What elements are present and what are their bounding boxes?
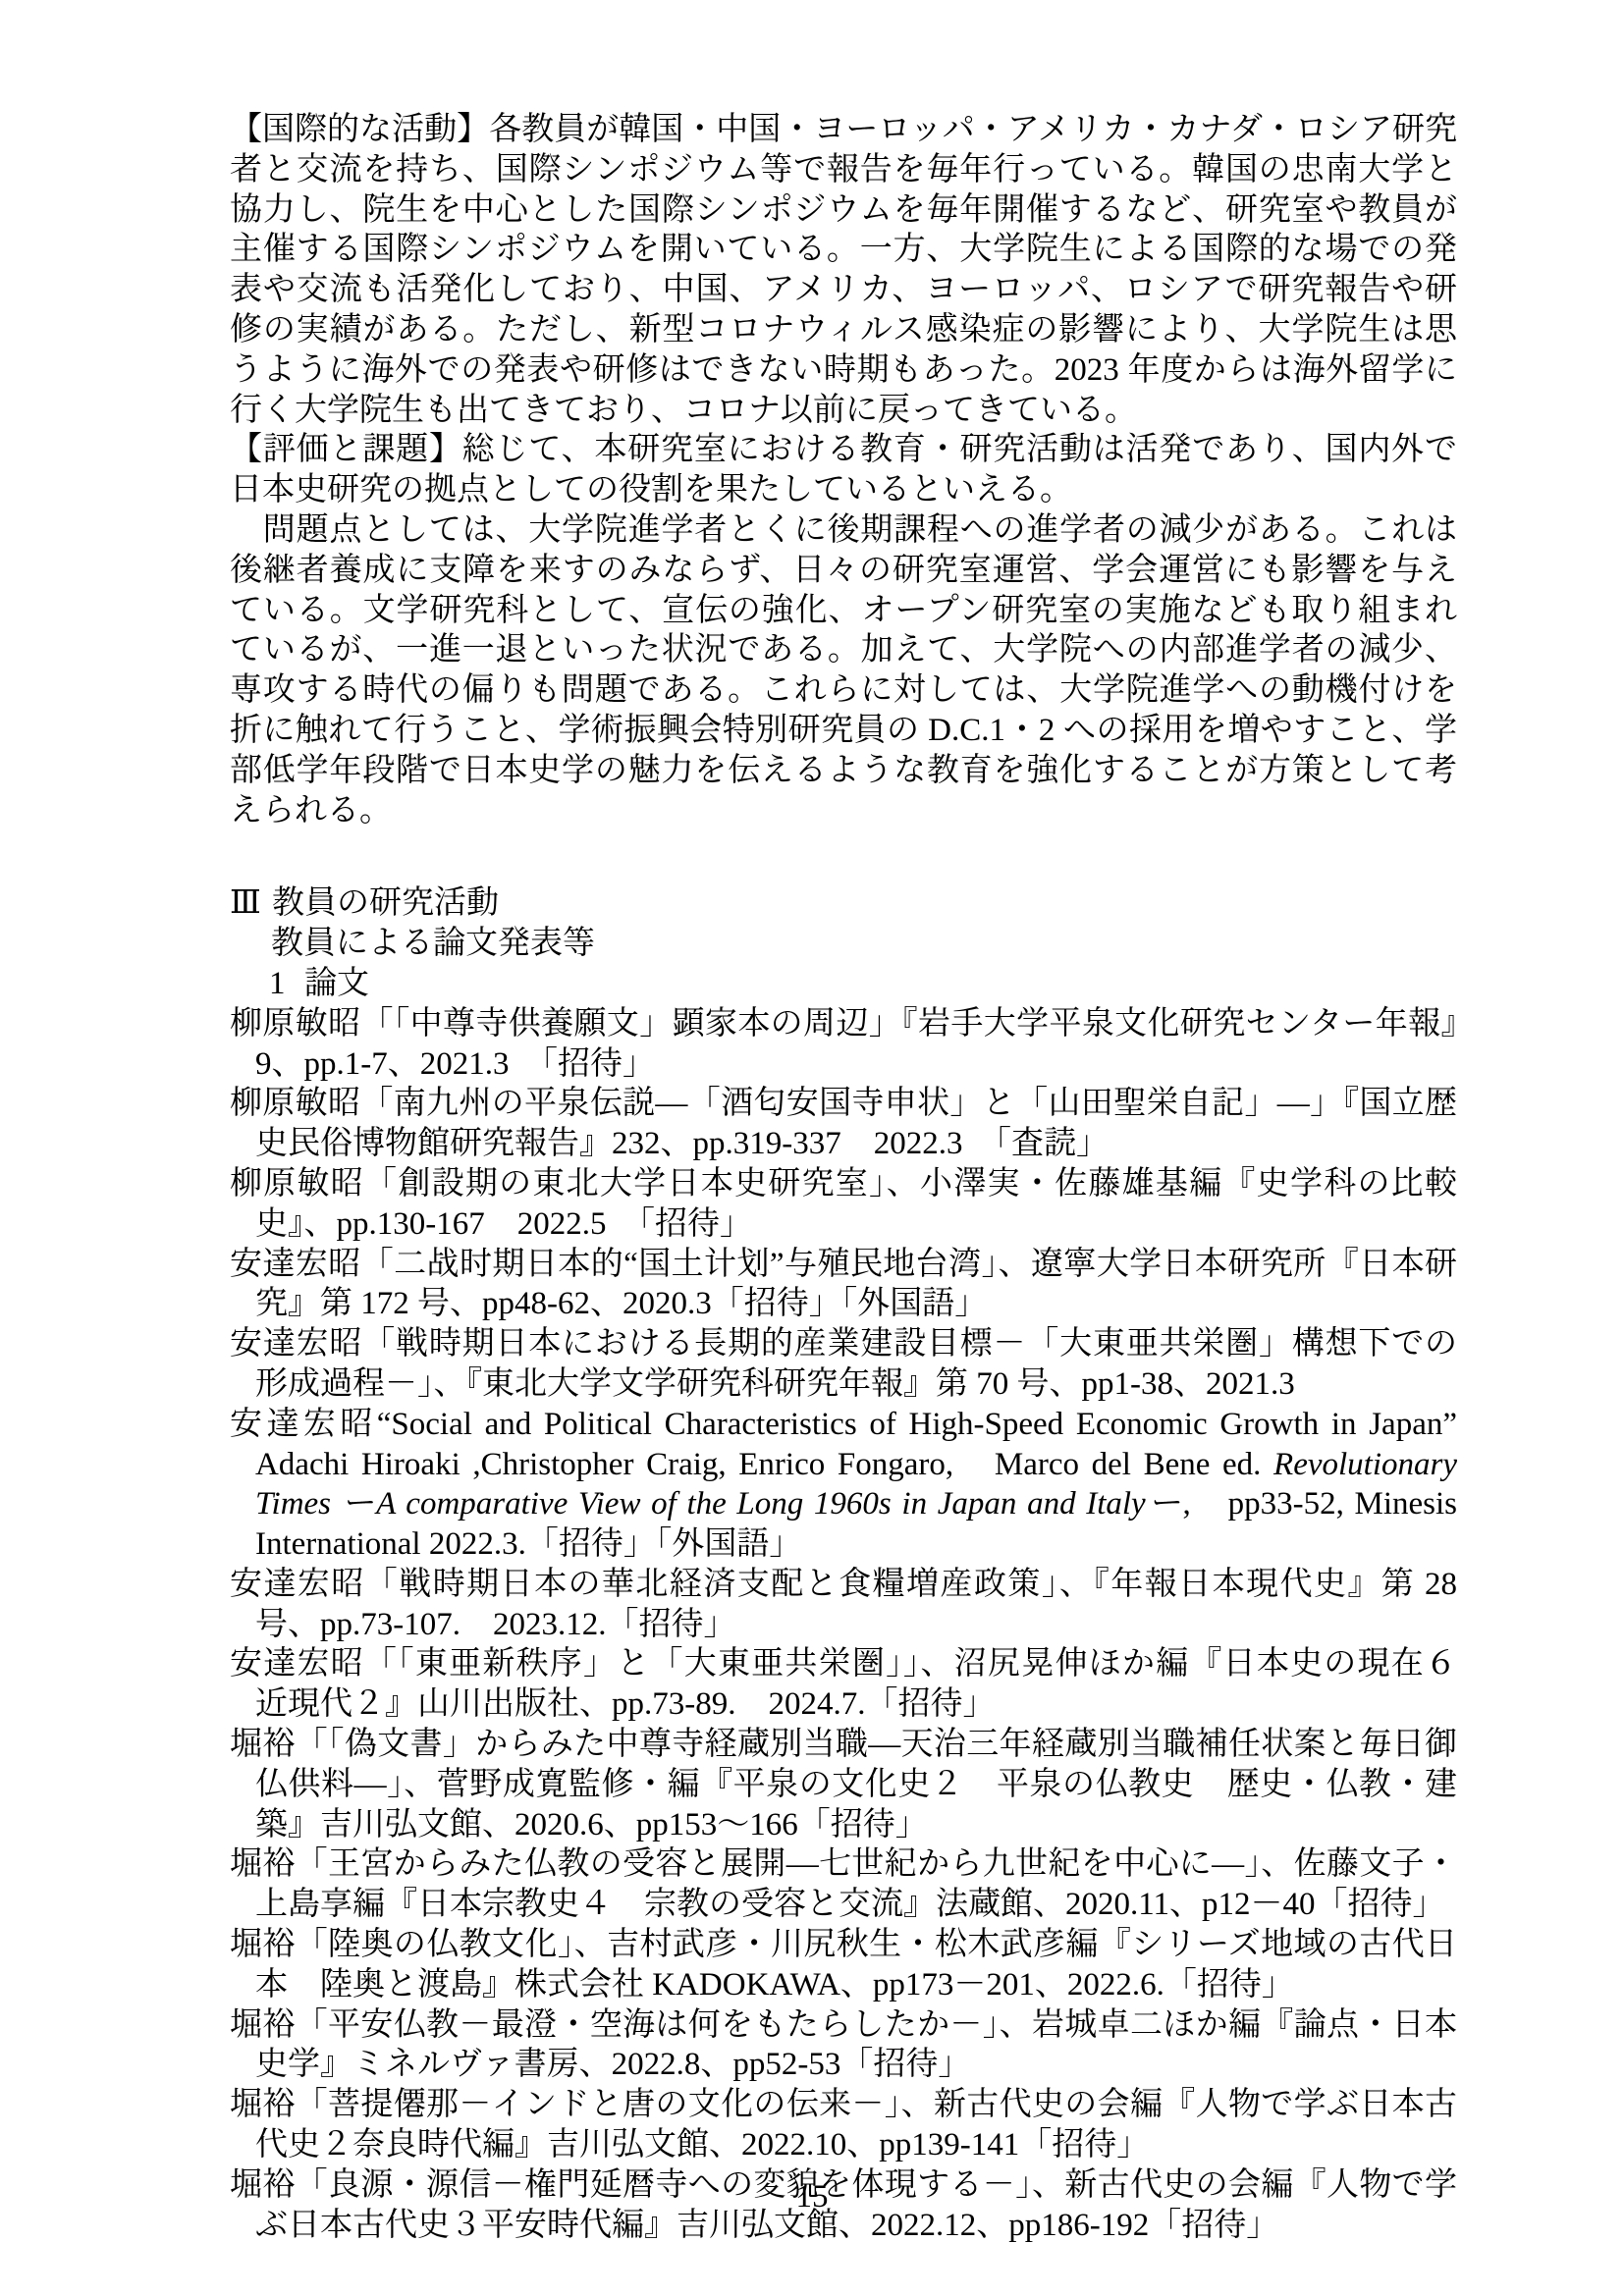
publication-text: 安達宏昭「戦時期日本における長期的産業建設目標－「大東亜共栄圏」構想下での形成過… <box>230 1326 1457 1402</box>
publication-entry: 柳原敏昭「南九州の平泉伝説—「酒匂安国寺申状」と「山田聖栄自記」—」『国立歴史民… <box>230 1084 1457 1164</box>
publication-text: 安達宏昭「二战时期日本的“国土计划”与殖民地台湾」、遼寧大学日本研究所『日本研究… <box>230 1247 1457 1322</box>
section-title-line: Ⅲ教員の研究活動 <box>230 883 1457 924</box>
publication-entry: 堀裕「陸奥の仏教文化」、吉村武彦・川尻秋生・松木武彦編『シリーズ地域の古代日本 … <box>230 1925 1457 2005</box>
publication-text: 安達宏昭「戦時期日本の華北経済支配と食糧増産政策」、『年報日本現代史』第 28 … <box>230 1567 1457 1642</box>
publication-text: 堀裕「平安仏教－最澄・空海は何をもたらしたか－」、岩城卓二ほか編『論点・日本史学… <box>230 2007 1457 2083</box>
section-numeral: Ⅲ <box>230 883 272 924</box>
publication-entry: 安達宏昭「戦時期日本における長期的産業建設目標－「大東亜共栄圏」構想下での形成過… <box>230 1324 1457 1405</box>
publication-entry: 安達宏昭“Social and Political Characteristic… <box>230 1405 1457 1565</box>
list-number: 1 <box>269 964 304 1004</box>
section-subtitle: 教員による論文発表等 <box>230 924 1457 964</box>
publication-text: 柳原敏昭「創設期の東北大学日本史研究室」、小澤実・佐藤雄基編『史学科の比較史』、… <box>230 1166 1457 1242</box>
publication-text: 柳原敏昭「南九州の平泉伝説—「酒匂安国寺申状」と「山田聖栄自記」—」『国立歴史民… <box>230 1086 1457 1161</box>
publication-entry: 柳原敏昭「創設期の東北大学日本史研究室」、小澤実・佐藤雄基編『史学科の比較史』、… <box>230 1164 1457 1245</box>
publication-text: 堀裕「陸奥の仏教文化」、吉村武彦・川尻秋生・松木武彦編『シリーズ地域の古代日本 … <box>230 1927 1457 2002</box>
publication-entry: 安達宏昭「「東亜新秩序」と「大東亜共栄圏」」、沼尻晃伸ほか編『日本史の現在６ 近… <box>230 1644 1457 1725</box>
publication-text: 柳原敏昭「「中尊寺供養願文」顕家本の周辺」『岩手大学平泉文化研究センター年報』9… <box>230 1006 1457 1082</box>
publication-entry: 堀裕「平安仏教－最澄・空海は何をもたらしたか－」、岩城卓二ほか編『論点・日本史学… <box>230 2005 1457 2086</box>
list-label: 論文 <box>304 966 369 1001</box>
document-page: 【国際的な活動】各教員が韓国・中国・ヨーロッパ・アメリカ・カナダ・ロシア研究者と… <box>0 0 1624 2296</box>
section-title: 教員の研究活動 <box>272 885 499 921</box>
publication-list: 柳原敏昭「「中尊寺供養願文」顕家本の周辺」『岩手大学平泉文化研究センター年報』9… <box>230 1004 1457 2246</box>
summary-paragraphs: 【国際的な活動】各教員が韓国・中国・ヨーロッパ・アメリカ・カナダ・ロシア研究者と… <box>230 110 1457 830</box>
publication-text: 堀裕「菩提僊那－インドと唐の文化の伝来－」、新古代史の会編『人物で学ぶ日本古代史… <box>230 2087 1457 2163</box>
paragraph: 【国際的な活動】各教員が韓国・中国・ヨーロッパ・アメリカ・カナダ・ロシア研究者と… <box>230 110 1457 430</box>
publication-entry: 堀裕「菩提僊那－インドと唐の文化の伝来－」、新古代史の会編『人物で学ぶ日本古代史… <box>230 2085 1457 2165</box>
publication-text: 安達宏昭「「東亜新秩序」と「大東亜共栄圏」」、沼尻晃伸ほか編『日本史の現在６ 近… <box>230 1646 1489 1722</box>
publication-text: 堀裕「「偽文書」からみた中尊寺経蔵別当職—天治三年経蔵別当職補任状案と毎日御仏供… <box>230 1727 1457 1842</box>
list-heading: 1論文 <box>230 964 1457 1004</box>
publication-entry: 安達宏昭「戦時期日本の華北経済支配と食糧増産政策」、『年報日本現代史』第 28 … <box>230 1565 1457 1645</box>
section-heading: Ⅲ教員の研究活動 教員による論文発表等 1論文 <box>230 883 1457 1003</box>
publication-entry: 柳原敏昭「「中尊寺供養願文」顕家本の周辺」『岩手大学平泉文化研究センター年報』9… <box>230 1004 1457 1085</box>
paragraph: 【評価と課題】総じて、本研究室における教育・研究活動は活発であり、国内外で日本史… <box>230 430 1457 510</box>
publication-entry: 安達宏昭「二战时期日本的“国土计划”与殖民地台湾」、遼寧大学日本研究所『日本研究… <box>230 1245 1457 1325</box>
report-body: 【国際的な活動】各教員が韓国・中国・ヨーロッパ・アメリカ・カナダ・ロシア研究者と… <box>230 110 1457 2245</box>
publication-text: 堀裕「王宮からみた仏教の受容と展開—七世紀から九世紀を中心に—」、佐藤文子・上島… <box>230 1846 1457 1922</box>
paragraph: 問題点としては、大学院進学者とくに後期課程への進学者の減少がある。これは後継者養… <box>230 510 1457 830</box>
publication-entry: 堀裕「「偽文書」からみた中尊寺経蔵別当職—天治三年経蔵別当職補任状案と毎日御仏供… <box>230 1725 1457 1844</box>
page-number: 15 <box>0 2177 1624 2217</box>
publication-entry: 堀裕「王宮からみた仏教の受容と展開—七世紀から九世紀を中心に—」、佐藤文子・上島… <box>230 1844 1457 1925</box>
